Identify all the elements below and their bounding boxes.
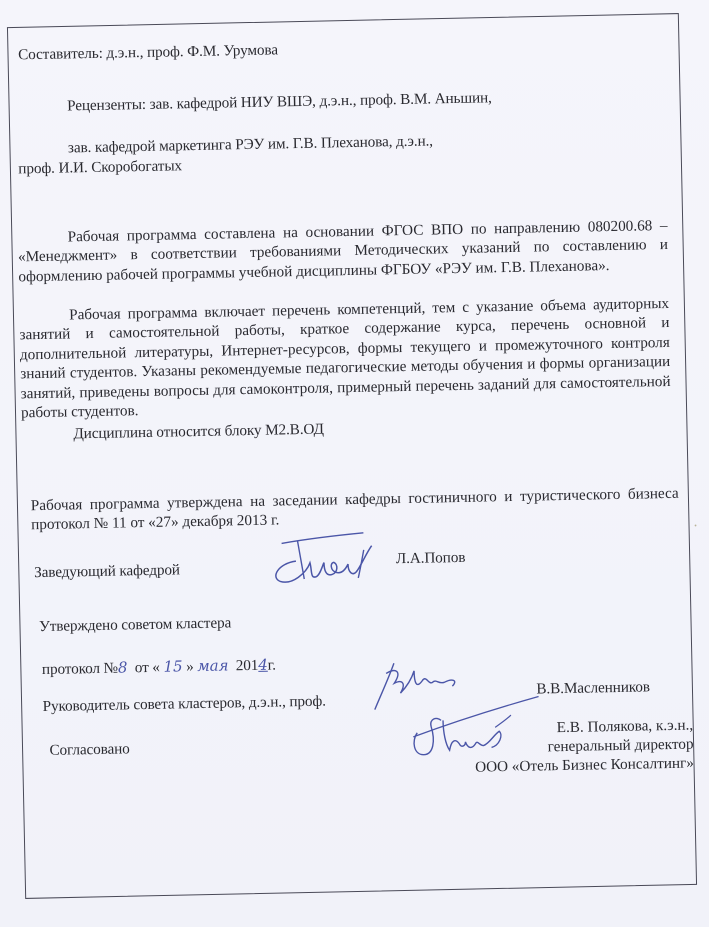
protocol-close-quote: » <box>186 658 194 675</box>
reviewers-line-3: проф. И.И. Скоробогатых <box>18 157 182 178</box>
head-signature <box>267 532 378 586</box>
cluster-head-name: В.В.Масленников <box>536 678 650 698</box>
protocol-from: от « <box>135 659 160 676</box>
discipline-block-line: Дисциплина относится блоку М2.В.ОД <box>73 421 324 444</box>
margin-smudge: ꞏ <box>694 518 697 532</box>
cluster-approved-line: Утверждено советом кластера <box>39 614 231 636</box>
reviewers-line-2: зав. кафедрой маркетинга РЭУ им. Г.В. Пл… <box>68 132 433 157</box>
protocol-prefix: протокол № <box>42 660 118 678</box>
protocol-suffix: г. <box>268 657 276 674</box>
reviewers-line-1: Рецензенты: зав. кафедрой НИУ ВШЭ, д.э.н… <box>67 89 492 115</box>
agreed-company: ООО «Отель Бизнес Консалтинг» <box>426 754 694 778</box>
compiler-line: Составитель: д.э.н., проф. Ф.М. Урумова <box>18 41 278 64</box>
paragraph-contents-text: Рабочая программа включает перечень комп… <box>19 295 670 421</box>
protocol-number-handwritten: 8 <box>118 658 128 676</box>
head-of-department-name: Л.А.Попов <box>396 549 466 568</box>
indent <box>19 319 69 320</box>
approval-department-paragraph: Рабочая программа утверждена на заседани… <box>31 484 680 535</box>
agreed-label: Согласовано <box>49 740 130 760</box>
document-content: Составитель: д.э.н., проф. Ф.М. Урумова … <box>0 0 709 927</box>
indent <box>18 241 68 242</box>
paragraph-basis: Рабочая программа составлена на основани… <box>17 216 668 287</box>
protocol-day-handwritten: 15 <box>163 657 182 675</box>
paragraph-contents: Рабочая программа включает перечень комп… <box>19 294 671 423</box>
protocol-month-handwritten: мая <box>197 656 228 675</box>
cluster-head-label: Руководитель совета кластеров, д.э.н., п… <box>43 693 326 716</box>
cluster-protocol-line: протокол №8 от « 15 » мая 2014г. <box>42 656 276 679</box>
paragraph-basis-text: Рабочая программа составлена на основани… <box>18 217 668 285</box>
head-of-department-label: Заведующий кафедрой <box>34 561 180 582</box>
protocol-year-prefix: 201 <box>236 657 259 674</box>
agreed-signatory-block: Е.В. Полякова, к.э.н., генеральный дирек… <box>425 716 694 778</box>
protocol-year-suffix-handwritten: 4 <box>258 656 268 674</box>
document-page: Составитель: д.э.н., проф. Ф.М. Урумова … <box>0 0 709 927</box>
